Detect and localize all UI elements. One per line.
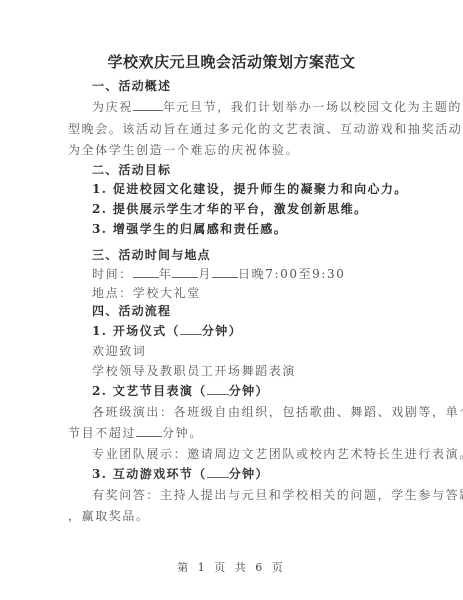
step1-line-2: 学校领导及教职员工开场舞蹈表演 — [92, 363, 414, 379]
place-line: 地点：学校大礼堂 — [92, 285, 414, 301]
step2-para1-pre: 节目不超过 — [68, 426, 136, 440]
program-minutes-blank — [136, 425, 162, 437]
document-page: 学校欢庆元旦晚会活动策划方案范文 一、活动概述 为庆祝年元旦节，我们计划举办一场… — [0, 0, 463, 600]
step2-heading-suffix: 分钟） — [229, 384, 269, 398]
document-title: 学校欢庆元旦晚会活动策划方案范文 — [0, 51, 463, 72]
month-field-blank — [172, 266, 198, 278]
step3-heading: 3. 互动游戏环节（分钟） — [92, 466, 414, 482]
step3-heading-suffix: 分钟） — [229, 467, 269, 481]
page-number-footer: 第 1 页 共 6 页 — [0, 559, 463, 575]
time-year-label: 年 — [159, 267, 173, 281]
step3-para1-line-2: ，赢取奖品。 — [68, 508, 390, 524]
overview-text-pre: 为庆祝 — [92, 100, 133, 114]
step2-para1-line-1: 各班级演出：各班级自由组织，包括歌曲、舞蹈、戏剧等，单个 — [92, 404, 414, 420]
goal-item-2: 2. 提供展示学生才华的平台，激发创新思维。 — [92, 201, 414, 217]
step2-para1-post: 分钟。 — [162, 426, 203, 440]
overview-text-post: 年元旦节，我们计划举办一场以校园文化为主题的大 — [163, 100, 463, 114]
step3-minutes-blank — [207, 466, 229, 478]
overview-paragraph-line-2: 型晚会。该活动旨在通过多元化的文艺表演、互动游戏和抽奖活动， — [68, 121, 390, 137]
year-blank — [133, 99, 163, 111]
overview-paragraph-line-1: 为庆祝年元旦节，我们计划举办一场以校园文化为主题的大 — [92, 99, 414, 115]
step2-heading-text: 2. 文艺节目表演（ — [92, 384, 207, 398]
step2-para2: 专业团队展示：邀请周边文艺团队或校内艺术特长生进行表演。 — [92, 446, 414, 462]
time-line: 时间：年月日晚7:00至9:30 — [92, 266, 414, 282]
time-rest: 日晚7:00至9:30 — [238, 267, 346, 281]
step1-heading: 1. 开场仪式（分钟） — [92, 323, 414, 339]
section-heading-goals: 二、活动目标 — [92, 162, 414, 178]
section-heading-time-place: 三、活动时间与地点 — [92, 247, 414, 263]
step1-heading-text: 1. 开场仪式（ — [92, 324, 180, 338]
goal-item-3: 3. 增强学生的归属感和责任感。 — [92, 221, 414, 237]
step1-heading-suffix: 分钟） — [202, 324, 242, 338]
section-heading-process: 四、活动流程 — [92, 303, 414, 319]
step1-line-1: 欢迎致词 — [92, 343, 414, 359]
section-heading-overview: 一、活动概述 — [92, 78, 414, 94]
step2-minutes-blank — [207, 383, 229, 395]
step3-para1-line-1: 有奖问答：主持人提出与元旦和学校相关的问题，学生参与答题 — [92, 487, 414, 503]
time-label: 时间： — [92, 267, 133, 281]
goal-item-1: 1. 促进校园文化建设，提升师生的凝聚力和向心力。 — [92, 181, 414, 197]
time-month-label: 月 — [198, 267, 212, 281]
day-field-blank — [212, 266, 238, 278]
step3-heading-text: 3. 互动游戏环节（ — [92, 467, 207, 481]
step2-para1-line-2: 节目不超过分钟。 — [68, 425, 390, 441]
step1-minutes-blank — [180, 323, 202, 335]
year-field-blank — [133, 266, 159, 278]
overview-paragraph-line-3: 为全体学生创造一个难忘的庆祝体验。 — [68, 142, 390, 158]
step2-heading: 2. 文艺节目表演（分钟） — [92, 383, 414, 399]
